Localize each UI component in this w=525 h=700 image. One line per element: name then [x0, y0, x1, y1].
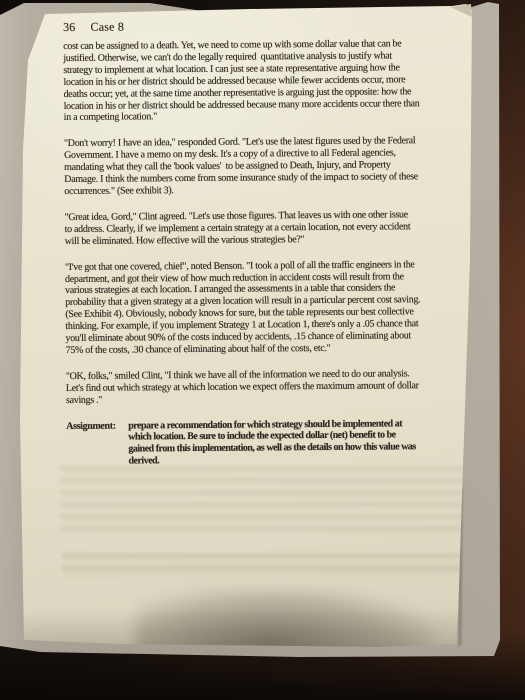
paragraph-clint-analysis: "OK, folks," smiled Clint, "I think we h…: [66, 368, 479, 407]
assignment-block: Assignment: prepare a recommendation for…: [66, 417, 479, 468]
photo-of-document: 36Case 8 cost can be assigned to a death…: [0, 0, 525, 700]
assignment-text: prepare a recommendation for which strat…: [128, 417, 476, 467]
assignment-label: Assignment:: [66, 420, 128, 468]
showthrough-text-band: [60, 466, 475, 536]
paragraph-cost-justification: cost can be assigned to a death. Yet, we…: [63, 38, 477, 125]
page-content: 36Case 8 cost can be assigned to a death…: [63, 17, 480, 468]
showthrough-text-band: [62, 553, 460, 579]
paragraph-gord-book-values: "Don't worry! I have an idea," responded…: [64, 135, 477, 198]
page-number: 36: [63, 20, 76, 34]
case-title: Case 8: [90, 20, 124, 34]
page-header: 36Case 8: [63, 17, 476, 34]
document-page: 36Case 8 cost can be assigned to a death…: [0, 0, 525, 700]
paragraph-benson-probability-table: "I've got that one covered, chief", note…: [65, 258, 479, 356]
paragraph-clint-effectiveness: "Great idea, Gord," Clint agreed. "Let's…: [65, 209, 478, 248]
